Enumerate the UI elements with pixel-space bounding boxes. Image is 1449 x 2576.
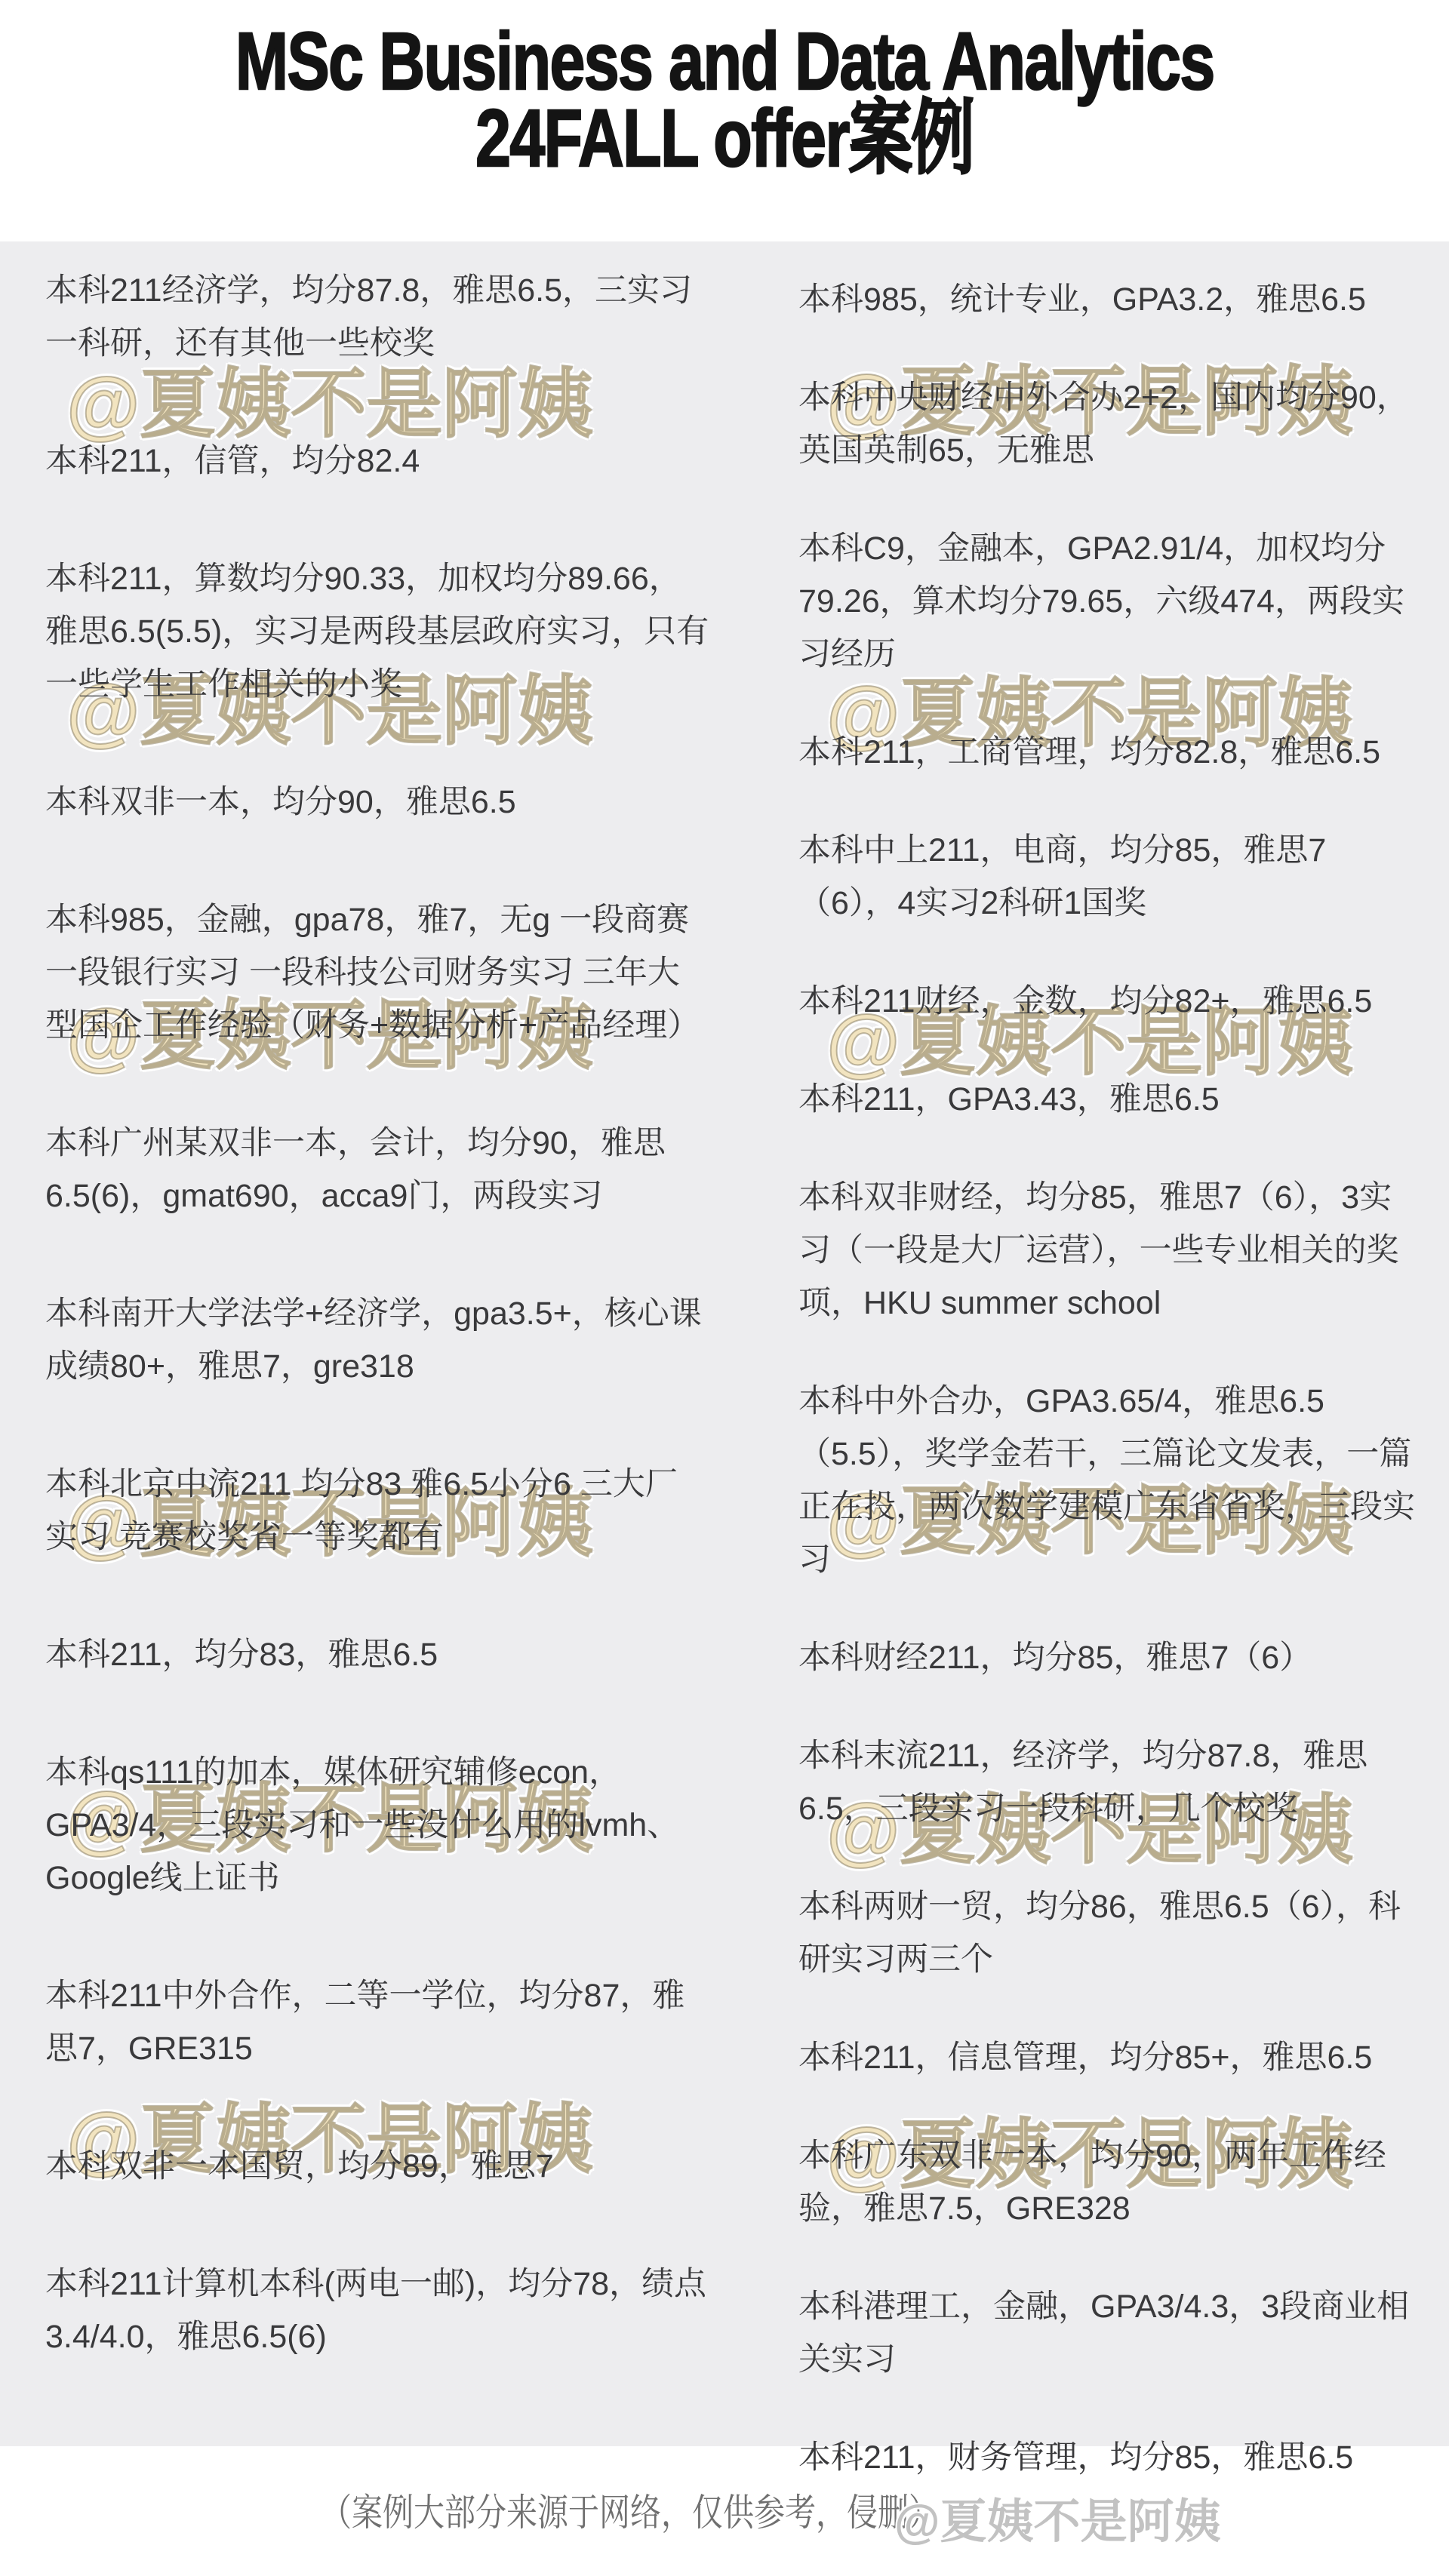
case-entry: 本科211中外合作，二等一学位，均分87，雅思7，GRE315 — [45, 1969, 709, 2075]
page: MSc Business and Data Analytics 24FALL o… — [0, 0, 1449, 2576]
cases-column-right: 本科985，统计专业，GPA3.2，雅思6.5本科中央财经中外合办2+2，国内均… — [798, 273, 1419, 2529]
case-entry: 本科两财一贸，均分86，雅思6.5（6），科研实习两三个 — [798, 1880, 1419, 1986]
case-entry: 本科211，GPA3.43，雅思6.5 — [798, 1073, 1419, 1126]
case-entry: 本科211，财务管理，均分85，雅思6.5 — [798, 2431, 1419, 2484]
page-title-line1: MSc Business and Data Analytics — [235, 23, 1214, 100]
case-entry: 本科211计算机本科(两电一邮)，均分78，绩点3.4/4.0，雅思6.5(6) — [45, 2258, 709, 2363]
case-entry: 本科南开大学法学+经济学，gpa3.5+，核心课成绩80+，雅思7，gre318 — [45, 1287, 709, 1393]
case-entry: 本科双非财经，均分85，雅思7（6），3实习（一段是大厂运营），一些专业相关的奖… — [798, 1171, 1419, 1329]
case-entry: 本科港理工，金融，GPA3/4.3，3段商业相关实习 — [798, 2280, 1419, 2386]
case-entry: 本科211财经，金数，均分82+，雅思6.5 — [798, 975, 1419, 1028]
case-entry: 本科中央财经中外合办2+2，国内均分90，英国英制65，无雅思 — [798, 371, 1419, 477]
case-entry: 本科北京中流211 均分83 雅6.5小分6 三大厂实习 竞赛校奖省一等奖都有 — [45, 1458, 709, 1563]
case-entry: 本科985，金融，gpa78，雅7，无g 一段商赛一段银行实习 一段科技公司财务… — [45, 893, 709, 1052]
case-entry: 本科985，统计专业，GPA3.2，雅思6.5 — [798, 273, 1419, 326]
case-entry: 本科C9，金融本，GPA2.91/4，加权均分79.26，算术均分79.65，六… — [798, 522, 1419, 681]
case-entry: 本科广州某双非一本，会计，均分90，雅思6.5(6)，gmat690，acca9… — [45, 1117, 709, 1222]
case-entry: 本科211经济学，均分87.8，雅思6.5，三实习一科研，还有其他一些校奖 — [45, 264, 709, 370]
case-entry: 本科211，信管，均分82.4 — [45, 435, 709, 487]
case-entry: 本科末流211，经济学，均分87.8，雅思6.5，三段实习一段科研，几个校奖 — [798, 1729, 1419, 1835]
page-title: MSc Business and Data Analytics 24FALL o… — [0, 23, 1449, 177]
case-entry: 本科211，工商管理，均分82.8，雅思6.5 — [798, 726, 1419, 779]
case-entry: 本科211，信息管理，均分85+，雅思6.5 — [798, 2031, 1419, 2084]
case-entry: 本科中上211，电商，均分85，雅思7（6），4实习2科研1国奖 — [798, 824, 1419, 930]
footer-author-handle: @夏姨不是阿姨 — [894, 2484, 1220, 2551]
case-entry: 本科广东双非一本，均分90，两年工作经验，雅思7.5，GRE328 — [798, 2129, 1419, 2235]
footer-disclaimer: （案例大部分来源于网络，仅供参考，侵删） — [321, 2490, 940, 2535]
case-entry: 本科qs111的加本，媒体研究辅修econ，GPA3/4，三段实习和一些没什么用… — [45, 1746, 709, 1904]
case-entry: 本科211，算数均分90.33，加权均分89.66，雅思6.5(5.5)，实习是… — [45, 552, 709, 711]
cases-column-left: 本科211经济学，均分87.8，雅思6.5，三实习一科研，还有其他一些校奖本科2… — [45, 264, 709, 2428]
case-entry: 本科双非一本，均分90，雅思6.5 — [45, 776, 709, 828]
case-entry: 本科211，均分83，雅思6.5 — [45, 1628, 709, 1681]
case-entry: 本科双非一本国贸，均分89，雅思7 — [45, 2140, 709, 2193]
case-entry: 本科中外合办，GPA3.65/4，雅思6.5（5.5），奖学金若干，三篇论文发表… — [798, 1375, 1419, 1586]
case-entry: 本科财经211，均分85，雅思7（6） — [798, 1631, 1419, 1684]
page-title-line2: 24FALL offer案例 — [475, 100, 974, 177]
